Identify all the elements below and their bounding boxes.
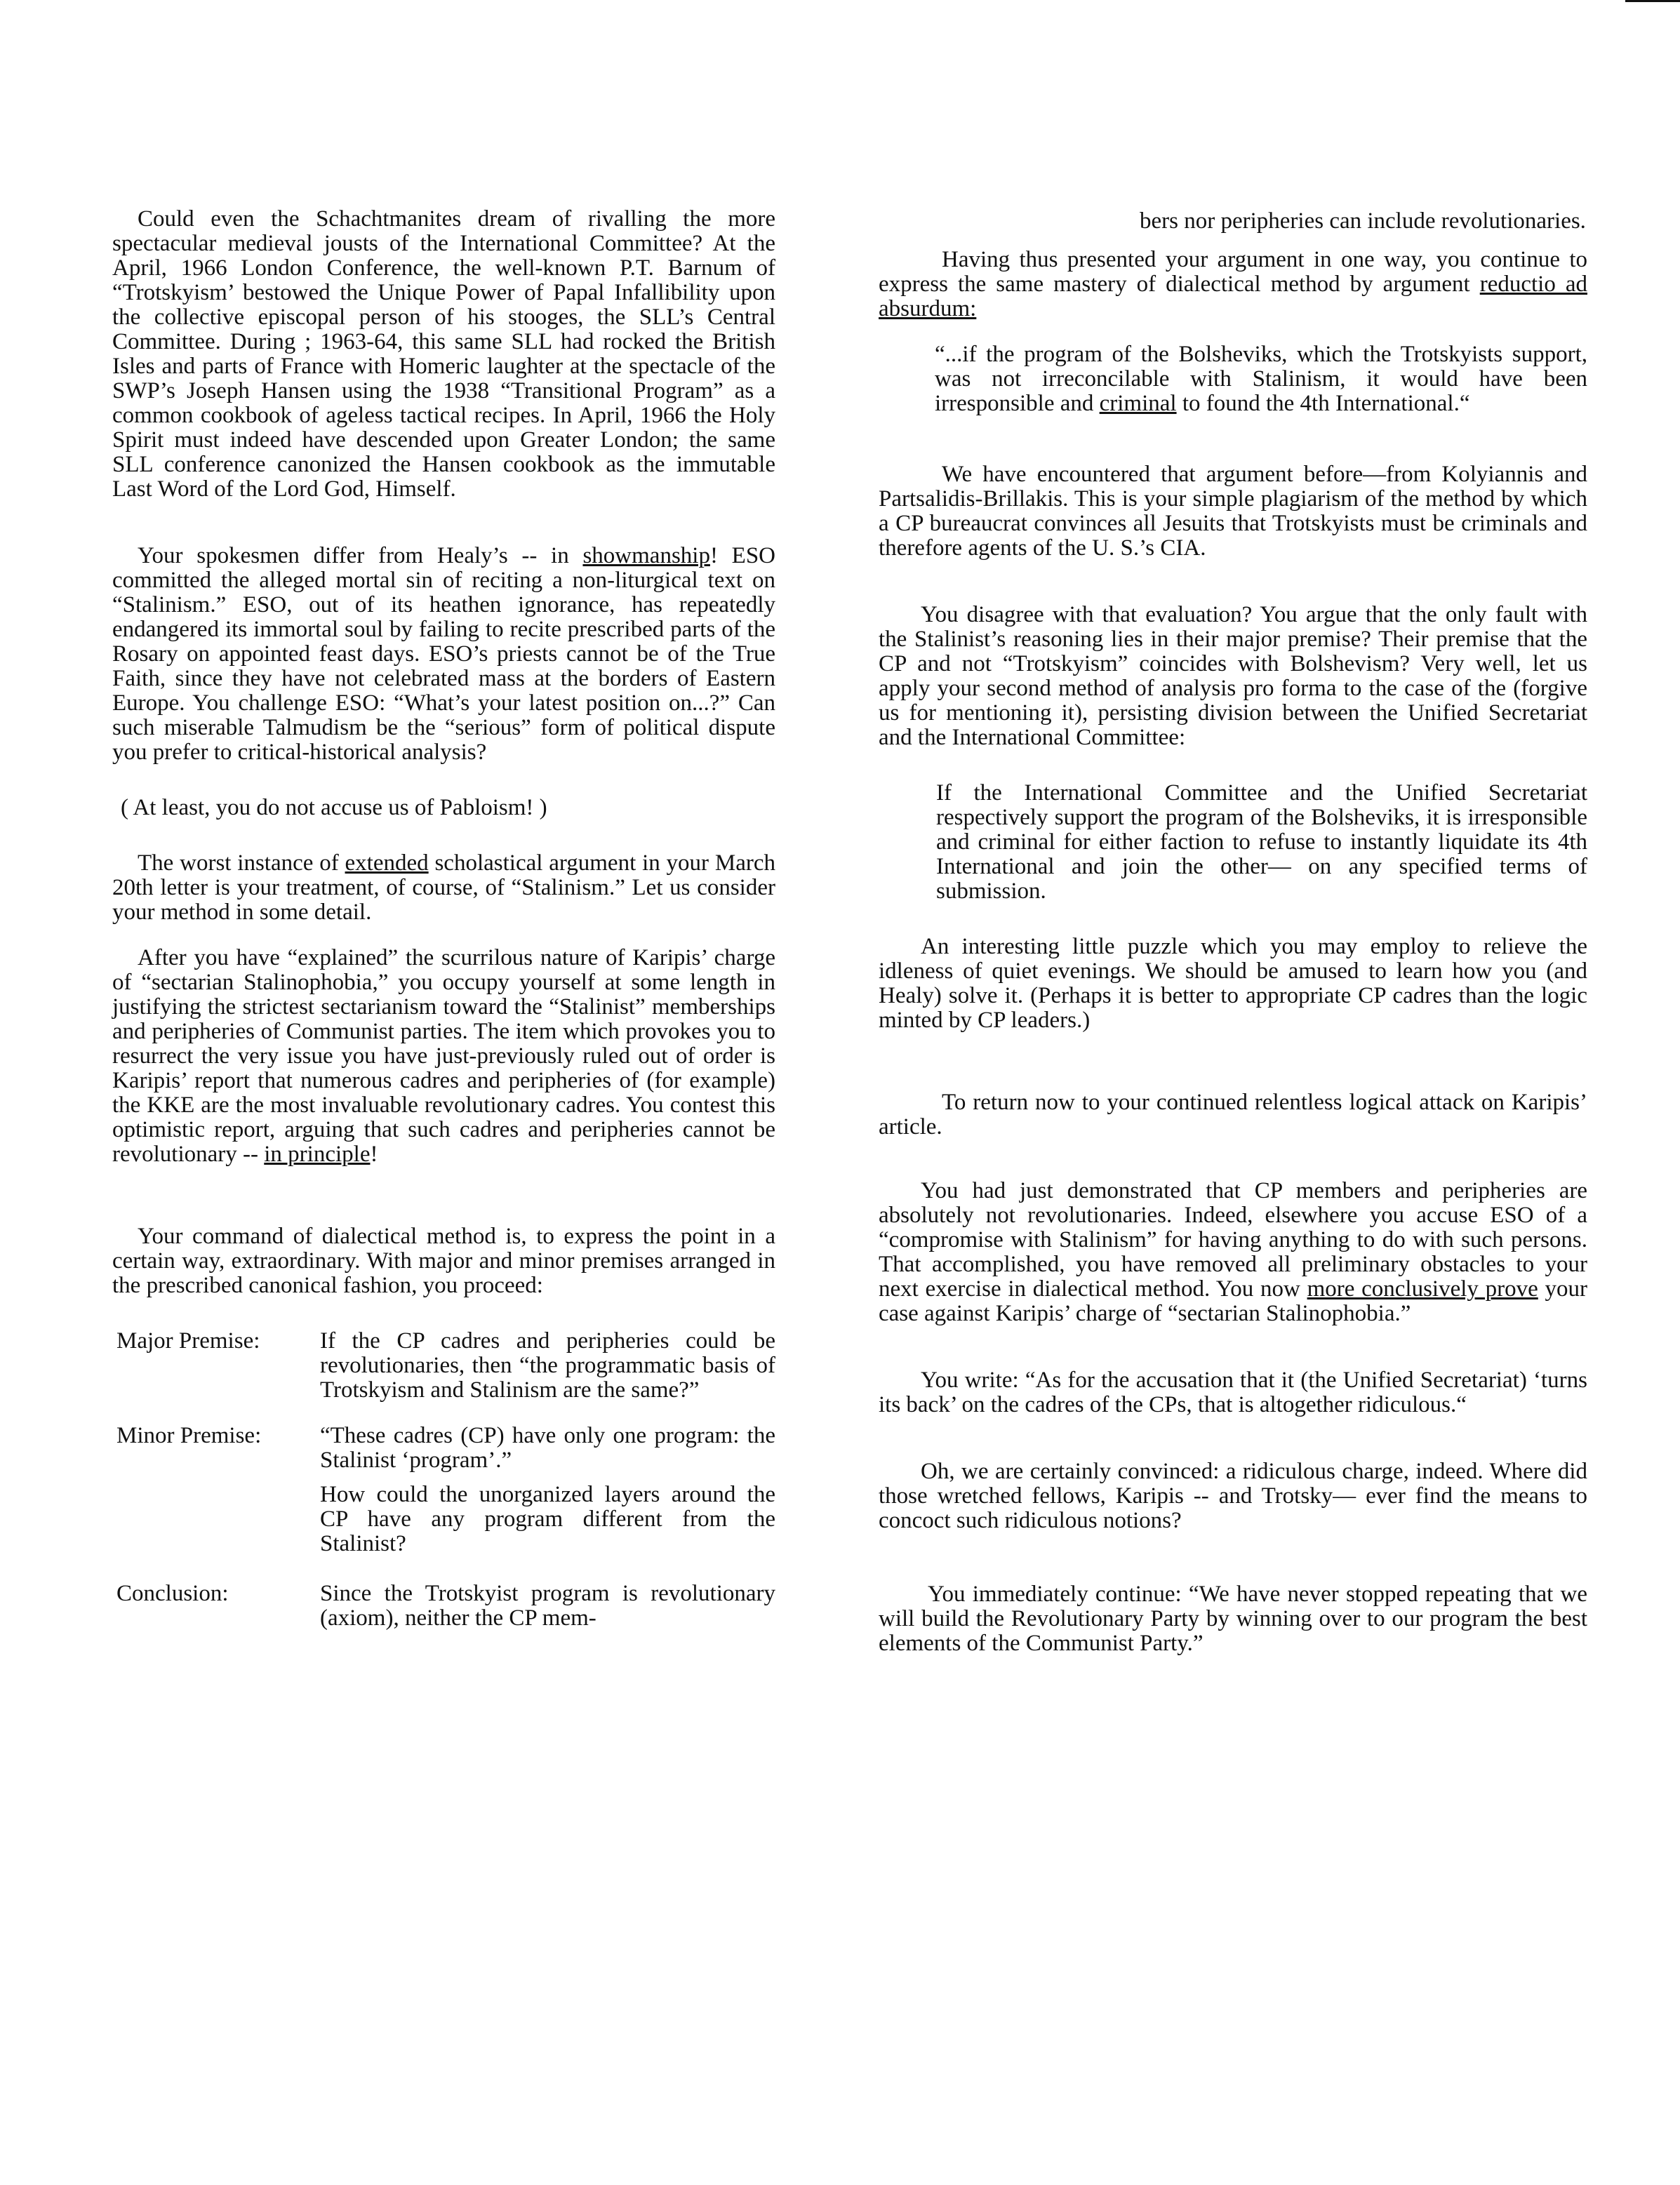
underlined-more-conclusively-prove: more conclusively prove	[1307, 1276, 1538, 1302]
paragraph-dialectical-method: Your command of dialectical method is, t…	[112, 1224, 775, 1298]
minor-premise-text: “These cadres (CP) have only one program…	[320, 1424, 775, 1473]
paragraph-pabloism: ( At least, you do not accuse us of Pabl…	[121, 796, 775, 820]
paragraph-encountered: We have encountered that argument before…	[879, 462, 1587, 561]
syllogism: Major Premise: If the CP cadres and peri…	[116, 1329, 775, 1631]
paragraph-immediately-continue: You immediately continue: “We have never…	[879, 1582, 1587, 1656]
minor-premise-label: Minor Premise:	[116, 1424, 320, 1473]
paragraph-after-explained: After you have “explained” the scurrilou…	[112, 946, 775, 1167]
paragraph-you-disagree: You disagree with that evaluation? You a…	[879, 603, 1587, 750]
right-column: bers nor peripheries can include revolut…	[879, 209, 1587, 1656]
underlined-criminal: criminal	[1100, 391, 1177, 416]
underlined-extended: extended	[345, 850, 429, 876]
paragraph-schachtmanites: Could even the Schachtmanites dream of r…	[112, 207, 775, 502]
blockquote-international-committee: If the International Committee and the U…	[936, 781, 1587, 904]
paragraph-oh-convinced: Oh, we are certainly convinced: a ridicu…	[879, 1459, 1587, 1533]
paragraph-having-thus: Having thus presented your argument in o…	[879, 248, 1587, 321]
paragraph-puzzle: An interesting little puzzle which you m…	[879, 935, 1587, 1033]
paragraph-spokesmen: Your spokesmen differ from Healy’s -- in…	[112, 544, 775, 765]
paragraph-you-had-just: You had just demonstrated that CP member…	[879, 1179, 1587, 1326]
underlined-in-principle: in principle	[264, 1142, 370, 1167]
quote-bolsheviks: “...if the program of the Bolsheviks, wh…	[935, 342, 1587, 416]
paragraph-you-write: You write: “As for the accusation that i…	[879, 1368, 1587, 1417]
underlined-showmanship: showmanship	[582, 543, 710, 568]
paragraph-to-return: To return now to your continued relentle…	[879, 1090, 1587, 1140]
minor-premise-followup: How could the unorganized layers around …	[320, 1483, 775, 1556]
left-column: Could even the Schachtmanites dream of r…	[112, 207, 775, 1631]
scan-edge-mark	[1625, 0, 1680, 2]
paragraph-worst-instance: The worst instance of extended scholasti…	[112, 851, 775, 925]
major-premise-text: If the CP cadres and peripheries could b…	[320, 1329, 775, 1403]
major-premise-label: Major Premise:	[116, 1329, 320, 1403]
conclusion-label: Conclusion:	[116, 1582, 320, 1631]
conclusion-text: Since the Trotskyist program is revoluti…	[320, 1582, 775, 1631]
conclusion-continued: bers nor peripheries can include revolut…	[1140, 209, 1587, 234]
